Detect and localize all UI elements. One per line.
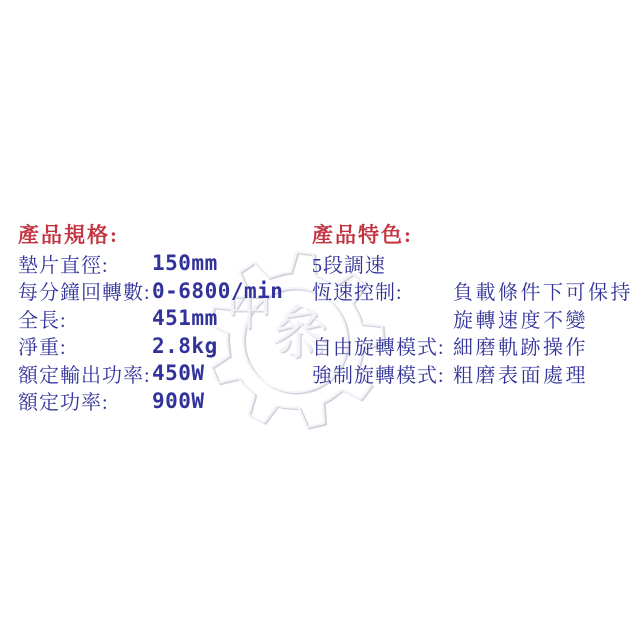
spec-label: 每分鐘回轉數: bbox=[18, 276, 152, 305]
feature-value: 旋轉速度不變 bbox=[453, 304, 588, 333]
spec-row: 額定輸出功率: 450W bbox=[18, 360, 306, 388]
spec-row: 每分鐘回轉數: 0-6800/min bbox=[18, 277, 306, 305]
spec-value: 450W bbox=[152, 361, 205, 385]
spec-label: 額定功率: bbox=[18, 386, 152, 415]
product-features-section: 產品特色: 5段調速 恆速控制: 負載條件下可保持 旋轉速度不變 自由旋轉模式:… bbox=[312, 222, 638, 387]
feature-label: 強制旋轉模式: bbox=[312, 359, 453, 388]
feature-label: 5段調速 bbox=[312, 249, 453, 278]
product-specs-section: 產品規格: 墊片直徑: 150mm 每分鐘回轉數: 0-6800/min 全長:… bbox=[18, 222, 306, 415]
spec-label: 淨重: bbox=[18, 331, 152, 360]
spec-label: 全長: bbox=[18, 304, 152, 333]
feature-label: 自由旋轉模式: bbox=[312, 331, 453, 360]
spec-row: 淨重: 2.8kg bbox=[18, 332, 306, 360]
feature-value: 負載條件下可保持 bbox=[453, 276, 633, 305]
features-heading: 產品特色: bbox=[312, 222, 413, 250]
spec-value: 2.8kg bbox=[152, 334, 218, 358]
spec-value: 900W bbox=[152, 389, 205, 413]
spec-row: 全長: 451mm bbox=[18, 305, 306, 333]
spec-value: 451mm bbox=[152, 306, 218, 330]
spec-label: 額定輸出功率: bbox=[18, 359, 152, 388]
feature-label: 恆速控制: bbox=[312, 276, 453, 305]
feature-value: 細磨軌跡操作 bbox=[453, 331, 588, 360]
feature-row: 恆速控制: 負載條件下可保持 bbox=[312, 277, 638, 305]
spec-value: 0-6800/min bbox=[152, 279, 283, 303]
specs-heading: 產品規格: bbox=[18, 222, 119, 250]
feature-row: 強制旋轉模式: 粗磨表面處理 bbox=[312, 360, 638, 388]
spec-row: 墊片直徑: 150mm bbox=[18, 250, 306, 278]
spec-label: 墊片直徑: bbox=[18, 249, 152, 278]
spec-row: 額定功率: 900W bbox=[18, 387, 306, 415]
feature-value: 粗磨表面處理 bbox=[453, 359, 588, 388]
product-spec-page: 中 中 叅 叅 產品規格: 墊片直徑: 150mm 每分鐘回轉數: 0-6800… bbox=[0, 0, 640, 640]
feature-row: 5段調速 bbox=[312, 250, 638, 278]
spec-value: 150mm bbox=[152, 251, 218, 275]
feature-row: 自由旋轉模式: 細磨軌跡操作 bbox=[312, 332, 638, 360]
feature-row: 旋轉速度不變 bbox=[312, 305, 638, 333]
